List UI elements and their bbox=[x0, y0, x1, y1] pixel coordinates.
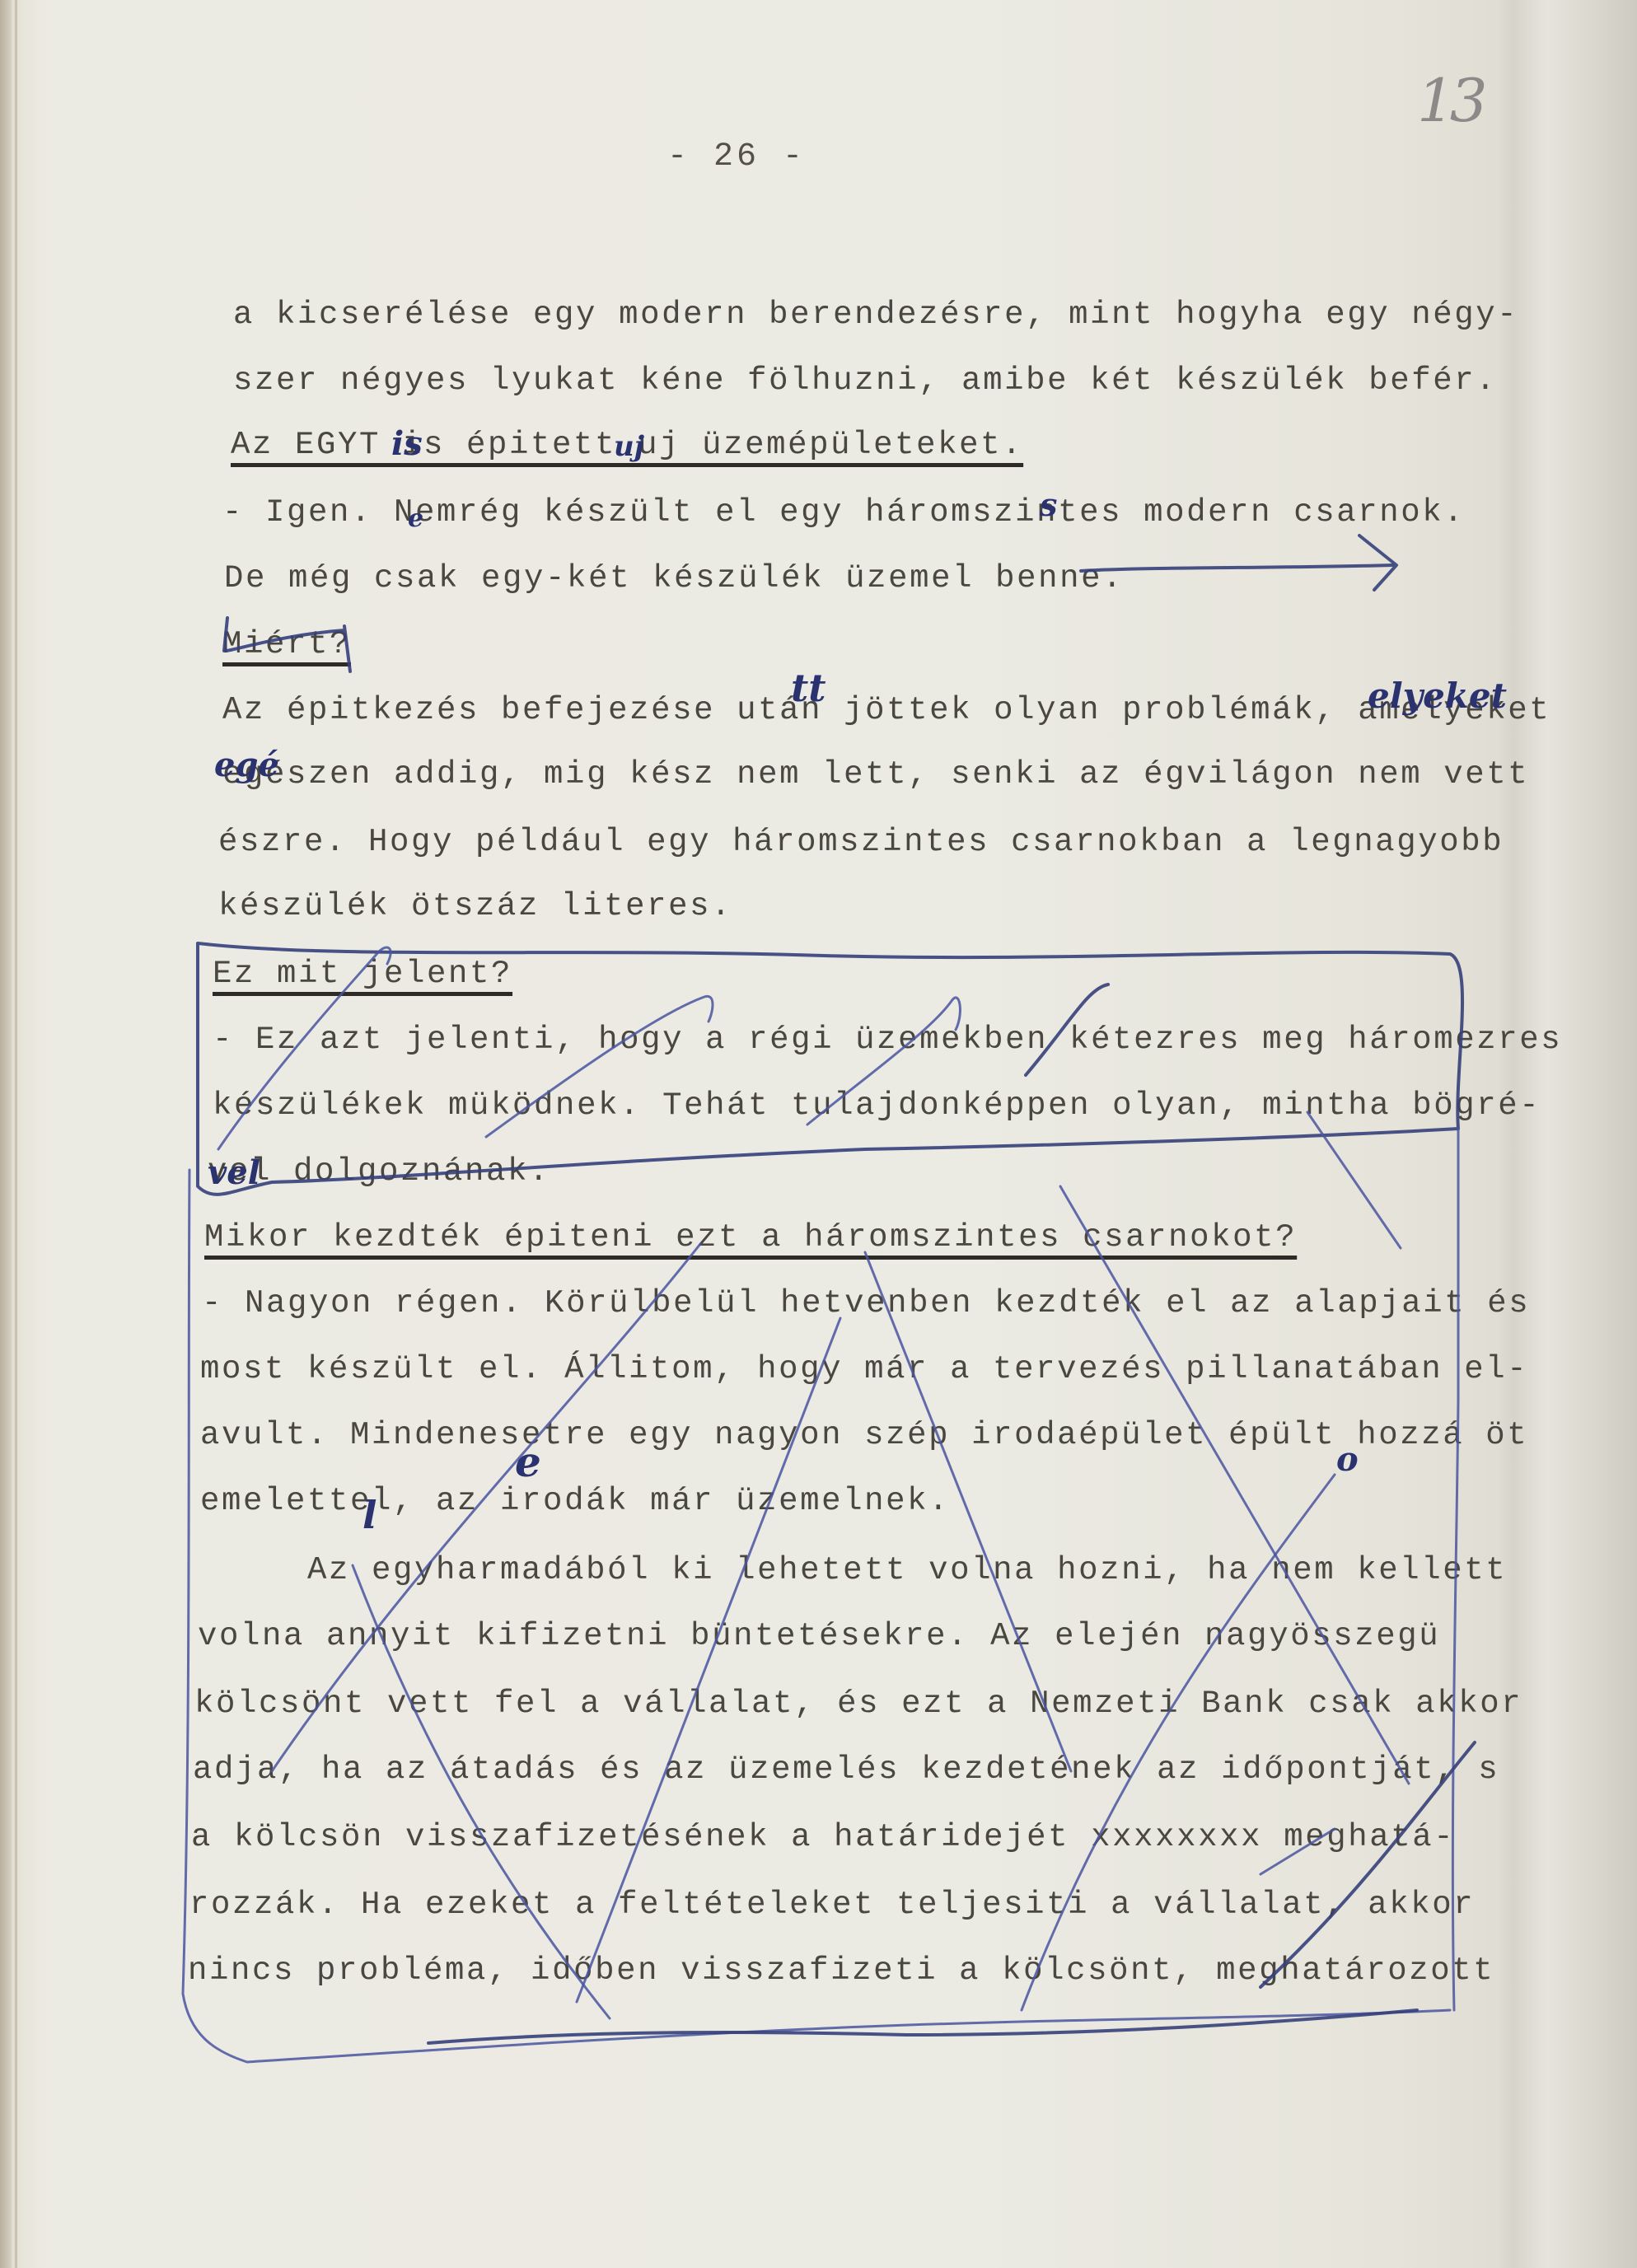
typed-line: készülék ötszáz literes. bbox=[218, 888, 732, 924]
typed-line: avult. Mindenesetre egy nagyon szép irod… bbox=[200, 1417, 1528, 1453]
typed-line: észre. Hogy például egy háromszintes csa… bbox=[218, 824, 1504, 860]
typed-line: - Nagyon régen. Körülbelül hetvenben kez… bbox=[202, 1285, 1530, 1321]
correction-s: s bbox=[1040, 486, 1057, 523]
typed-line: emelettel, az irodák már üzemelnek. bbox=[200, 1483, 950, 1519]
binding-edge bbox=[0, 0, 12, 2268]
typed-line: Az épitkezés befejezése után jöttek olya… bbox=[222, 692, 1550, 728]
correction-e: e bbox=[408, 504, 423, 533]
correction-is: is bbox=[391, 424, 423, 463]
typed-line: - Ez azt jelenti, hogy a régi üzemekben … bbox=[213, 1022, 1562, 1058]
binding-shadow bbox=[15, 0, 17, 2268]
interview-question: Mikor kezdték épiteni ezt a háromszintes… bbox=[204, 1219, 1297, 1256]
typed-line: most készült el. Állitom, hogy már a ter… bbox=[200, 1351, 1528, 1387]
typed-line: Az egyharmadából ki lehetett volna hozni… bbox=[200, 1552, 1507, 1588]
pencil-folio-number: 13 bbox=[1417, 66, 1483, 135]
correction-ege: egé bbox=[214, 746, 279, 784]
correction-tt: tt bbox=[791, 666, 826, 710]
correction-vel: vel bbox=[208, 1153, 260, 1192]
ink-annotations bbox=[0, 0, 1637, 2268]
arrow-right-icon bbox=[1081, 535, 1396, 590]
typed-line: a kicserélése egy modern berendezésre, m… bbox=[233, 297, 1518, 333]
typed-line: rozzák. Ha ezeket a feltételeket teljesi… bbox=[189, 1887, 1475, 1923]
correction-elyeket: elyeket bbox=[1368, 676, 1507, 716]
typed-line: egészen addig, mig kész nem lett, senki … bbox=[222, 756, 1529, 793]
page-edge-shadow bbox=[1497, 0, 1637, 2268]
correction-uj: uj bbox=[614, 430, 644, 463]
interview-question: Ez mit jelent? bbox=[213, 956, 512, 992]
typed-line: a kölcsön visszafizetésének a határidejé… bbox=[191, 1819, 1455, 1855]
correction-emelettel: l bbox=[362, 1493, 377, 1537]
correction-mindenesetre: e bbox=[515, 1438, 541, 1486]
typed-line: nincs probléma, időben visszafizeti a kö… bbox=[188, 1952, 1494, 1989]
typed-line: készülékek müködnek. Tehát tulajdonképpe… bbox=[213, 1087, 1541, 1124]
typed-line: szer négyes lyukat kéne fölhuzni, amibe … bbox=[233, 362, 1497, 399]
typed-line: volna annyit kifizetni büntetésekre. Az … bbox=[198, 1618, 1440, 1654]
typed-line: kölcsönt vett fel a vállalat, és ezt a N… bbox=[194, 1686, 1522, 1722]
typed-line: De még csak egy-két készülék üzemel benn… bbox=[224, 560, 1124, 596]
page-number: - 26 - bbox=[667, 138, 806, 175]
correction-hozza: o bbox=[1336, 1440, 1359, 1479]
typed-line: adja, ha az átadás és az üzemelés kezdet… bbox=[193, 1751, 1499, 1788]
interview-question: Miért? bbox=[222, 626, 351, 662]
